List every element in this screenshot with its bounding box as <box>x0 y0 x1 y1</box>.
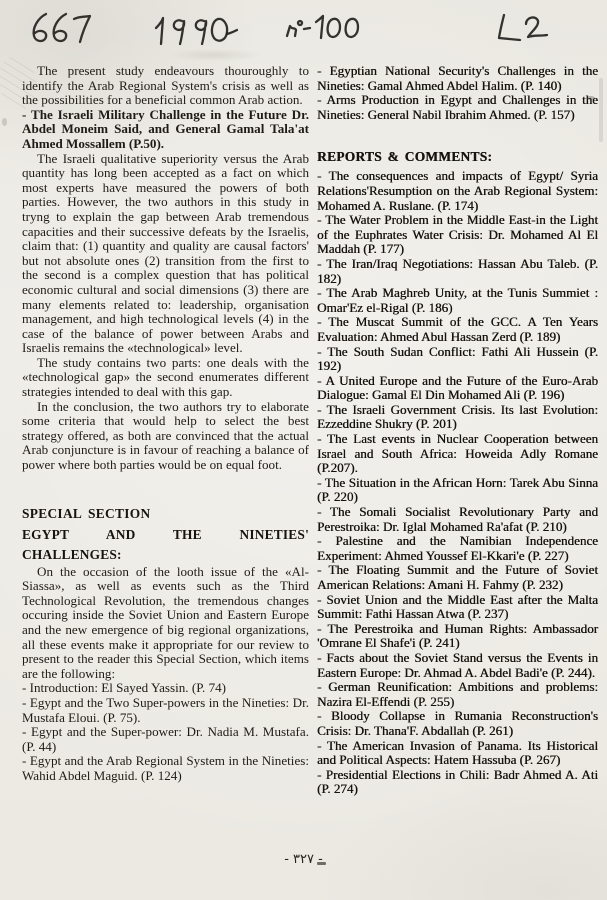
toc-item: - The Iran/Iraq Negotiations: Hassan Abu… <box>317 257 598 286</box>
toc-item: - The Muscat Summit of the GCC. A Ten Ye… <box>317 315 598 344</box>
handwritten-issue-number <box>283 14 365 44</box>
paragraph-study-two-parts: The study contains two parts: one deals … <box>22 356 309 400</box>
toc-item: - The American Invasion of Panama. Its H… <box>317 739 598 768</box>
paragraph-special-section-intro: On the occasion of the looth issue of th… <box>22 565 309 682</box>
toc-item: - Presidential Elections in Chili: Badr … <box>317 768 598 797</box>
handwritten-year <box>152 14 238 50</box>
toc-item-israeli-military-challenge: - The Israeli Military Challenge in the … <box>22 108 309 152</box>
toc-item: - The consequences and impacts of Egypt/… <box>317 169 598 213</box>
toc-item: - The South Sudan Conflict: Fathi Ali Hu… <box>317 345 598 374</box>
scan-artifact-speck <box>2 118 7 126</box>
paragraph-qualitative-superiority: The Israeli qualitative superiority vers… <box>22 152 309 356</box>
toc-item: - The Perestroika and Human Rights: Amba… <box>317 622 598 651</box>
toc-item: - Egypt and the Arab Regional System in … <box>22 754 309 783</box>
toc-item: - The Last events in Nuclear Cooperation… <box>317 432 598 476</box>
reports-comments-heading: REPORTS & COMMENTS: <box>317 147 598 167</box>
toc-item: - Facts about the Soviet Stand versus th… <box>317 651 598 680</box>
toc-item: - Introduction: El Sayed Yassin. (P. 74) <box>22 681 309 696</box>
right-column: - Egyptian National Security's Challenge… <box>317 64 598 797</box>
toc-item: - The Situation in the African Horn: Tar… <box>317 476 598 505</box>
toc-item: - Egypt and the Two Super-powers in the … <box>22 696 309 725</box>
toc-item: - The Somali Socialist Revolutionary Par… <box>317 505 598 534</box>
toc-item: - The Floating Summit and the Future of … <box>317 563 598 592</box>
toc-item: - Egyptian National Security's Challenge… <box>317 64 598 93</box>
toc-item: - Palestine and the Namibian Independenc… <box>317 534 598 563</box>
paragraph-present-study: The present study endeavours thouroughly… <box>22 64 309 108</box>
toc-item: - German Reunification: Ambitions and pr… <box>317 680 598 709</box>
toc-item: - A United Europe and the Future of the … <box>317 374 598 403</box>
handwritten-shelf-mark <box>492 12 552 46</box>
toc-item: - Bloody Collapse in Rumania Reconstruct… <box>317 709 598 738</box>
toc-item: - Arms Production in Egypt and Challenge… <box>317 93 598 122</box>
special-section-heading: SPECIAL SECTION <box>22 504 309 524</box>
paragraph-conclusion: In the conclusion, the two authors try t… <box>22 400 309 473</box>
handwritten-catalog-number <box>28 12 94 48</box>
toc-item: - The Arab Maghreb Unity, at the Tunis S… <box>317 286 598 315</box>
scan-artifact-streak <box>599 78 603 142</box>
toc-item: - Soviet Union and the Middle East after… <box>317 593 598 622</box>
toc-item: - Egypt and the Super-power: Dr. Nadia M… <box>22 725 309 754</box>
toc-item: - The Water Problem in the Middle East-i… <box>317 213 598 257</box>
egypt-nineties-heading: EGYPT AND THE NINETIES' CHALLENGES: <box>22 525 309 565</box>
left-column: The present study endeavours thouroughly… <box>22 64 309 784</box>
scanned-journal-page: The present study endeavours thouroughly… <box>0 0 607 900</box>
toc-item: - The Israeli Government Crisis. Its las… <box>317 403 598 432</box>
page-number: - ٣٢٧ - <box>0 852 607 867</box>
